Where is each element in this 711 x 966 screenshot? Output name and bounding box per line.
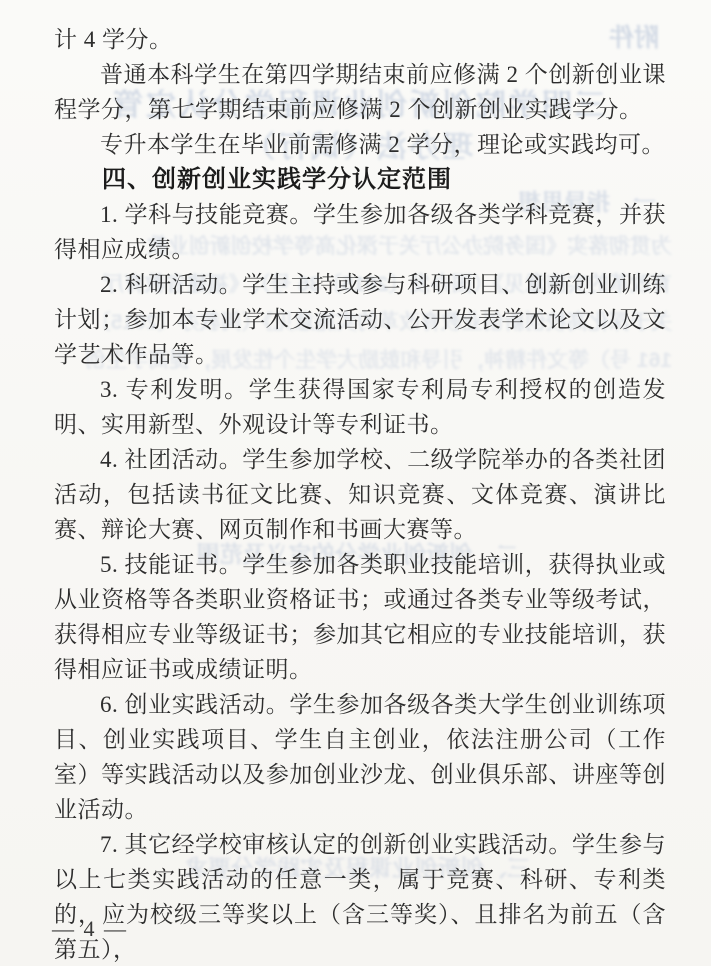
list-item-3: 3. 专利发明。学生获得国家专利局专利授权的创造发明、实用新型、外观设计等专利证… [54, 372, 666, 442]
paragraph: 普通本科学生在第四学期结束前应修满 2 个创新创业课程学分，第七学期结束前应修满… [54, 57, 666, 127]
list-item-2: 2. 科研活动。学生主持或参与科研项目、创新创业训练计划；参加本专业学术交流活动… [54, 267, 666, 372]
list-item-5: 5. 技能证书。学生参加各类职业技能培训，获得执业或从业资格等各类职业资格证书；… [54, 547, 666, 687]
paragraph-continuation: 计 4 学分。 [54, 22, 666, 57]
scanned-document-page: 附件 三明学院创新创业课程学分认定管 理办法（试行） 一、指导思想 为贯彻落实《… [0, 0, 711, 966]
page-number: — 4 — [52, 916, 128, 942]
list-item-6: 6. 创业实践活动。学生参加各级各类大学生创业训练项目、创业实践项目、学生自主创… [54, 687, 666, 827]
section-heading: 四、创新创业实践学分认定范围 [54, 162, 666, 197]
paragraph: 专升本学生在毕业前需修满 2 学分，理论或实践均可。 [54, 127, 666, 162]
document-body: 计 4 学分。 普通本科学生在第四学期结束前应修满 2 个创新创业课程学分，第七… [54, 22, 666, 966]
list-item-4: 4. 社团活动。学生参加学校、二级学院举办的各类社团活动，包括读书征文比赛、知识… [54, 442, 666, 547]
list-item-1: 1. 学科与技能竞赛。学生参加各级各类学科竞赛，并获得相应成绩。 [54, 197, 666, 267]
list-item-7: 7. 其它经学校审核认定的创新创业实践活动。学生参与以上七类实践活动的任意一类，… [54, 827, 666, 966]
